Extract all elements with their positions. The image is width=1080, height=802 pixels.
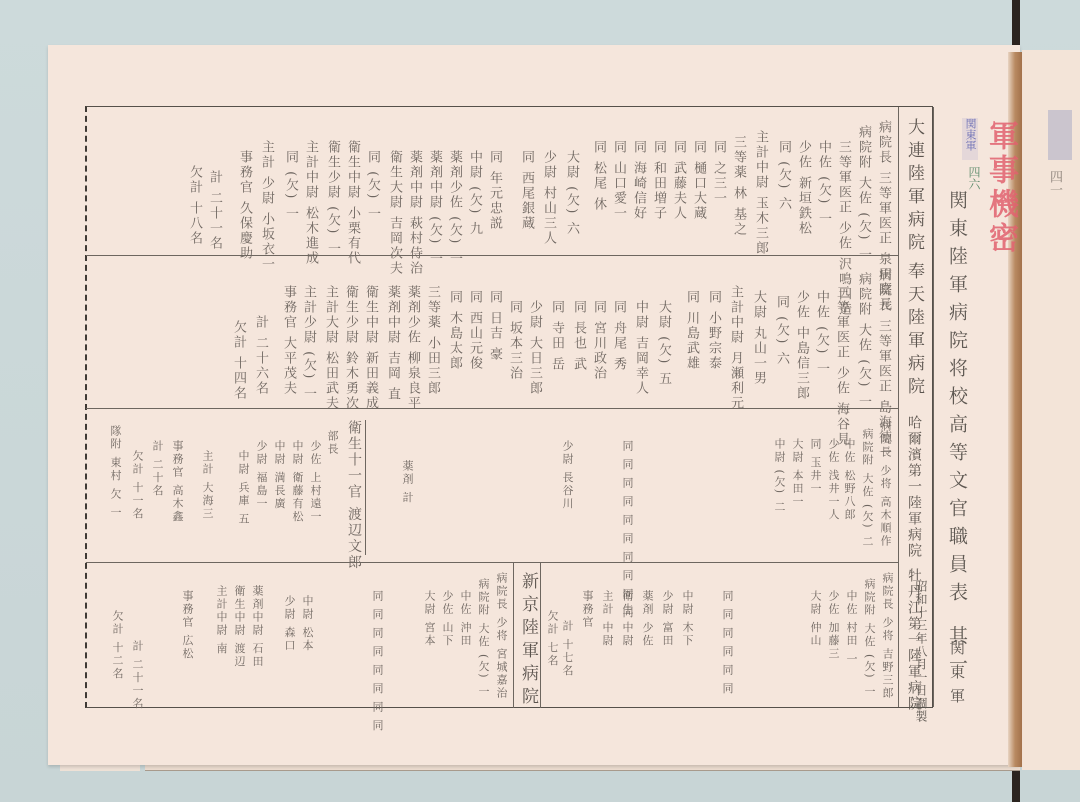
entry: 薬剤少佐 (欠) 一: [446, 150, 463, 266]
entry: 主計 少尉 小坂衣一: [258, 140, 275, 272]
entry: 病院附 大佐 (欠) 一: [476, 578, 490, 698]
entry: 計 二十名: [150, 440, 164, 498]
entry: 中尉 吉岡幸人: [632, 300, 649, 396]
entry: 同 之三一: [710, 140, 727, 206]
entry-highlighted: 衛生十一官 渡辺文郎: [345, 420, 362, 570]
entry: 衛生 中尉: [620, 590, 634, 648]
entry: 同 (欠) 一: [364, 150, 381, 221]
entry: 大尉 (欠) 五: [655, 300, 672, 386]
entry: 事務官 広松: [180, 590, 194, 661]
entry: 薬剤中尉 萩村侍治: [406, 150, 423, 276]
entry: 同 武藤夫人: [670, 140, 687, 221]
entry: 三等薬 小田三郎: [424, 285, 441, 396]
entry: 病院附 大佐 (欠) 一: [862, 578, 876, 698]
entry: 同 山口愛一: [610, 140, 627, 221]
entry: 主計 中尉: [600, 590, 614, 648]
entry: 衛生中尉 新田義成: [362, 285, 379, 411]
entry: 同 (欠) 六: [775, 140, 792, 211]
section-header: 牡丹江第一陸軍病院: [905, 568, 922, 712]
entry: 事務官 大平茂夫: [280, 285, 297, 396]
entry-total: 計 二十一名: [206, 170, 223, 251]
entry: 同 小野宗泰: [705, 290, 722, 371]
entry: 衛生中尉 小栗有代: [344, 140, 361, 266]
entry: 主計中尉 松木進成: [302, 140, 319, 266]
entry: 同 舟尾 秀: [610, 300, 627, 372]
entry: 衛生大尉 吉岡次夫: [386, 150, 403, 276]
entry: 少佐 山下: [440, 590, 454, 648]
entry: 少尉 福島一: [254, 440, 268, 511]
entry: 中尉 (欠) 九: [466, 150, 483, 236]
row-divider: [86, 408, 899, 409]
entry: 主計中尉 玉木三郎: [752, 130, 769, 256]
entry: 病院長 少将 高木順作: [878, 420, 892, 548]
entry: 同 (欠) 六: [773, 295, 790, 366]
entry: 主計中尉 南: [214, 585, 228, 656]
cell-divider: [540, 562, 541, 708]
entry: 少佐 浅井一人: [826, 438, 840, 522]
entry: 少佐 上村遠一: [308, 440, 322, 524]
secret-stamp: 軍事機密: [978, 120, 1022, 256]
entry: 少尉 森口: [282, 595, 296, 653]
entry: 事務官 久保慶助: [236, 150, 253, 261]
entry: 部長: [325, 430, 339, 456]
entry: 病院長 少将 吉野三郎: [880, 572, 894, 700]
section-header: 大連陸軍病院: [905, 118, 922, 256]
entry: 中尉 松本: [300, 595, 314, 653]
section-header: 奉天陸軍病院: [905, 262, 922, 400]
entry: 主計大尉 松田武夫: [322, 285, 339, 411]
entry: 薬剤少佐 柳泉良平: [404, 285, 421, 411]
entry: 衛生少尉 鈴木勇次: [342, 285, 359, 411]
entry: 同 海崎信好: [630, 140, 647, 221]
entry: 隊附 東村 欠 一: [108, 425, 122, 520]
entry: 薬剤 計: [400, 460, 414, 505]
section-header: 哈爾濱第一陸軍病院: [905, 415, 922, 559]
entry-total-vacant: 欠計 七名: [545, 610, 559, 668]
entry: 同 宮川政治: [590, 300, 607, 381]
entry: 大尉 (欠) 六: [563, 150, 580, 236]
entry: 少佐 新垣鉄松: [795, 140, 812, 236]
entry-total: 計 二十六名: [252, 315, 269, 396]
entry: 中佐 松野八郎: [842, 438, 856, 522]
entry: 同 坂本三治: [506, 300, 523, 381]
entry: 中尉 (欠) 二: [772, 438, 786, 514]
entry: 同 木島太郎: [446, 290, 463, 371]
entry: 同 年元忠説: [486, 150, 503, 231]
entry: 同 樋口大蔵: [690, 140, 707, 221]
title-column-divider: [933, 107, 934, 707]
entry: 中尉 衛藤有松: [290, 440, 304, 524]
office-stamp: 関東軍: [962, 118, 978, 160]
entry: 同 玉井一: [808, 438, 822, 496]
entry: 薬剤中尉 吉岡 直: [384, 285, 401, 402]
entry: 中佐 沖田: [458, 590, 472, 648]
entry: 同 川島武雄: [683, 290, 700, 371]
header-column-divider: [898, 107, 899, 707]
entry: 少佐 加藤三: [826, 590, 840, 661]
entry: 中佐 村田 一: [844, 590, 858, 666]
entry: 同 同 同 同 同 同: [720, 590, 734, 695]
binding-spine-bottom: [1012, 768, 1020, 802]
entry: 衛生中尉 渡辺: [232, 585, 246, 669]
entry: 同 西山元俊: [466, 290, 483, 371]
entry: 中尉 兵庫 五: [236, 450, 250, 526]
entry: 同 松尾 休: [590, 140, 607, 212]
entry-total-vacant: 欠計 十四名: [230, 320, 247, 401]
entry: 同 同 同 同 同 同 同 同: [370, 590, 384, 732]
entry: 衛生少尉 (欠) 一: [324, 140, 341, 256]
entry-total: 計 二十一名: [130, 640, 144, 711]
entry: 同 寺田 岳: [548, 300, 565, 372]
entry: 中佐 (欠) 一: [813, 290, 830, 376]
entry: 事務官 高木鑫: [170, 440, 184, 524]
cell-divider: [365, 420, 366, 555]
entry: 事務官: [580, 590, 594, 629]
entry: 同 (欠) 一: [282, 150, 299, 221]
underlying-sheet-edge: [60, 765, 140, 771]
cell-divider: [513, 562, 514, 708]
entry: 欠計 十一名: [130, 450, 144, 521]
entry: 同 西尾銀蔵: [518, 150, 535, 231]
entry: 同 長也 武: [570, 300, 587, 372]
document-author: 関東軍: [948, 640, 965, 712]
entry: 大尉 本田一: [790, 438, 804, 509]
entry: 病院附 大佐 (欠) 一: [855, 272, 872, 410]
row-divider: [86, 255, 899, 256]
entry: 大尉 仲山: [808, 590, 822, 648]
entry: 三等軍医正 少佐 海谷見: [833, 285, 850, 447]
entry: 病院附 大佐 (欠) 二: [860, 428, 874, 548]
entry: 少尉 富田: [660, 590, 674, 648]
entry: 少佐 中島信三郎: [793, 290, 810, 401]
row-divider: [86, 562, 899, 563]
adjacent-page-stamp: [1048, 110, 1072, 160]
entry-total: 計 十七名: [560, 620, 574, 678]
entry: 同 日吉 豪: [486, 290, 503, 362]
entry-total-vacant: 欠計 十八名: [186, 165, 203, 246]
entry: 薬剤中尉 (欠) 一: [426, 150, 443, 266]
entry: 薬剤 少佐: [640, 590, 654, 648]
entry: 同 和田増子: [650, 140, 667, 221]
document-title: 関東陸軍病院将校高等文官職員表 其一: [948, 190, 965, 681]
entry: 大尉 宮本: [422, 590, 436, 648]
entry: 主計中尉 月瀬利元: [727, 285, 744, 411]
entry: 少尉 大日三郎: [526, 300, 543, 396]
entry: 主計 大海三: [200, 450, 214, 521]
entry-total-vacant: 欠計 十二名: [110, 610, 124, 681]
entry: 少尉 村山三人: [540, 150, 557, 246]
entry: 大尉 丸山一男: [750, 290, 767, 386]
adjacent-page-number: 四一: [1045, 170, 1064, 196]
entry: 病院長 少将 宮城嘉治: [494, 572, 508, 700]
entry: 薬剤中尉 石田: [250, 585, 264, 669]
entry: 中尉 満長廣: [272, 440, 286, 511]
serial-number: 四六: [966, 166, 983, 190]
entry: 三等薬 林 基之: [730, 135, 747, 237]
section-header: 新京陸軍病院: [519, 572, 536, 710]
entry: 中尉 木下: [680, 590, 694, 648]
entry: 主計少尉 (欠) 一: [300, 285, 317, 401]
entry: 病院附 大佐 (欠) 一: [855, 125, 872, 263]
entry: 中佐 (欠) 一: [815, 140, 832, 226]
entry: 少尉 長谷川: [560, 440, 574, 511]
